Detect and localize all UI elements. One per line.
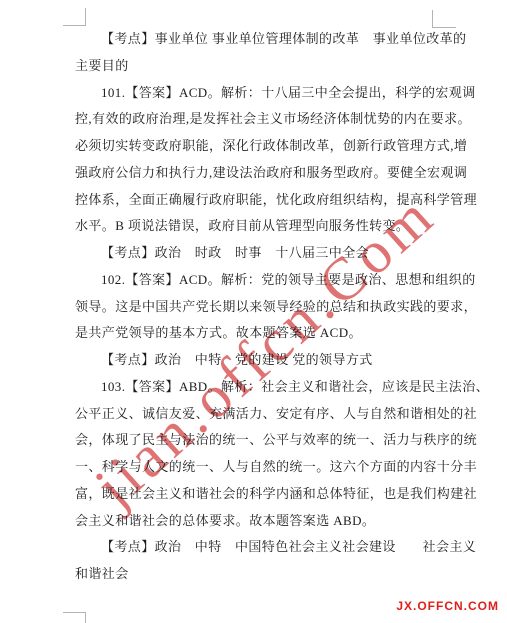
text-line: 强政府公信力和执行力,建设法治政府和服务型政府。要健全宏观调 (75, 160, 459, 187)
text-line: 【考点】政治 中特 党的建设 党的领导方式 (75, 347, 459, 374)
text-line: 103.【答案】ABD。解析：社会主义和谐社会，应该是民主法治、 (75, 374, 459, 401)
text-line: 必须切实转变政府职能，深化行政体制改革，创新行政管理方式,增 (75, 133, 459, 160)
text-line: 【考点】政治 中特 中国特色社会主义社会建设 社会主义 (75, 534, 459, 561)
text-line: 控,有效的政府治理,是发挥社会主义市场经济体制忧势的内在要求。 (75, 106, 459, 133)
text-line: 102.【答案】ACD。解析：党的领导主要是政治、思想和组织的 (75, 267, 459, 294)
text-line: 【考点】事业单位 事业单位管理体制的改革 事业单位改革的 (75, 26, 459, 53)
text-line: 【考点】政治 时政 时事 十八届三中全会 (75, 240, 459, 267)
text-line: 和谐社会 (75, 561, 459, 588)
text-line: 领导。这是中国共产党长期以来领导经验的总结和执政实践的要求， (75, 294, 459, 321)
text-line: 公平正义、诚信友爱、充满活力、安定有序、人与自然和谐相处的社 (75, 401, 459, 428)
text-line: 是共产党领导的基本方式。故本题答案选 ACD。 (75, 320, 459, 347)
text-line: 富，既是社会主义和谐社会的科学内涵和总体特征，也是我们构建社 (75, 481, 459, 508)
document-text: 【考点】事业单位 事业单位管理体制的改革 事业单位改革的主要目的101.【答案】… (75, 26, 459, 588)
text-line: 会主义和谐社会的总体要求。故本题答案选 ABD。 (75, 508, 459, 535)
text-line: 101.【答案】ACD。解析：十八届三中全会提出，科学的宏观调 (75, 80, 459, 107)
text-line: 一、科学与人文的统一、人与自然的统一。这六个方面的内容十分丰 (75, 454, 459, 481)
text-line: 控体系，全面正确履行政府职能，忧化政府组织结构，提高科学管理 (75, 187, 459, 214)
page-margin-mark-top-left (63, 8, 86, 26)
page-margin-mark-bottom-left (63, 612, 86, 623)
text-line: 会，体现了民主与法治的统一、公平与效率的统一、活力与秩序的统 (75, 427, 459, 454)
document-page: jian.offcn.Com 【考点】事业单位 事业单位管理体制的改革 事业单位… (0, 0, 507, 623)
text-line: 水平。B 项说法错误，政府目前从管理型向服务性转变。 (75, 213, 459, 240)
text-line: 主要目的 (75, 53, 459, 80)
footer-site-label: JX.OFFCN.COM (396, 599, 499, 613)
